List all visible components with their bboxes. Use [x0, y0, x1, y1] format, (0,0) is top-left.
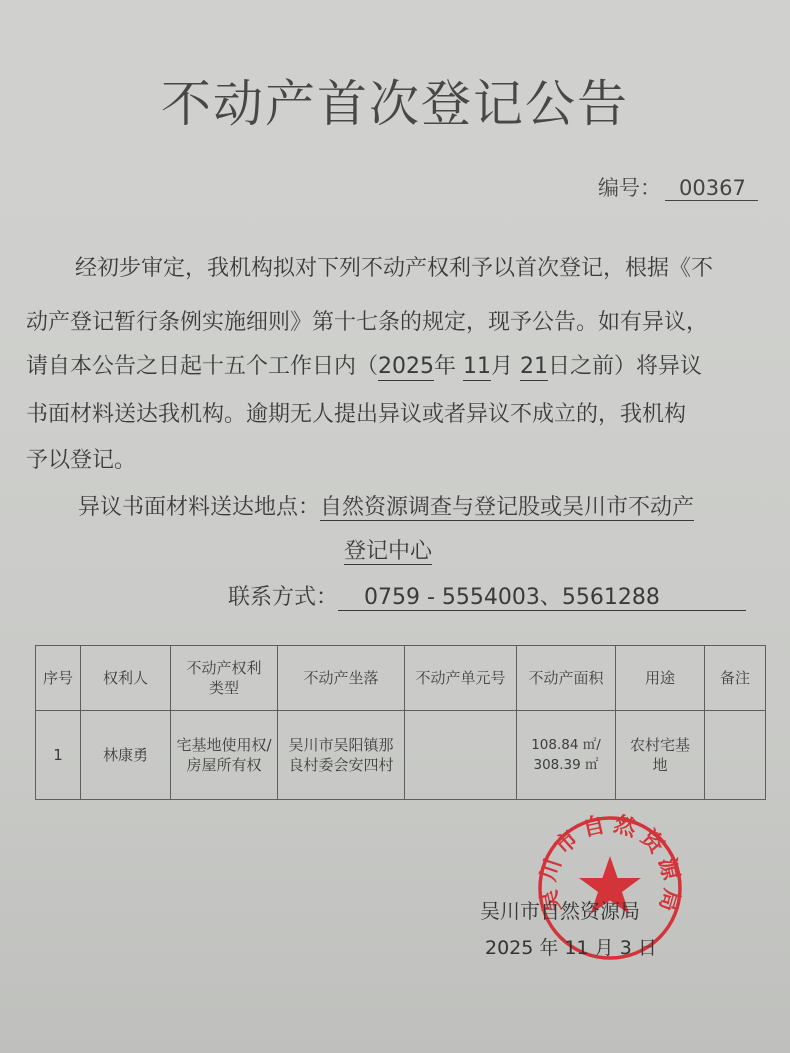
cell-right-type: 宅基地使用权/房屋所有权 — [171, 711, 278, 800]
header-usage: 用途 — [616, 646, 705, 711]
header-location: 不动产坐落 — [278, 646, 405, 711]
body-line-2: 动产登记暂行条例实施细则》第十七条的规定，现予公告。如有异议， — [26, 310, 708, 335]
cell-location: 吴川市吴阳镇那良村委会安四村 — [278, 711, 405, 800]
deadline-prefix: 请自本公告之日起十五个工作日内（ — [26, 354, 378, 379]
delivery-address-line-1: 自然资源调查与登记股或吴川市不动产 — [320, 495, 694, 521]
delivery-address-cont: 登记中心 — [344, 539, 432, 564]
header-unit-number: 不动产单元号 — [405, 646, 517, 711]
header-index: 序号 — [36, 646, 81, 711]
serial-number: 00367 — [665, 176, 758, 201]
cell-index: 1 — [36, 711, 81, 800]
header-remarks: 备注 — [705, 646, 766, 711]
serial-number-field: 编号：00367 — [598, 172, 758, 202]
deadline-suffix: 日之前）将异议 — [548, 354, 702, 379]
delivery-address-line-2: 登记中心 — [344, 539, 432, 565]
cell-usage: 农村宅基地 — [616, 711, 705, 800]
cell-owner: 林康勇 — [81, 711, 171, 800]
header-right-type: 不动产权利类型 — [171, 646, 278, 711]
body-line-4: 书面材料送达我机构。逾期无人提出异议或者异议不成立的，我机构 — [26, 402, 686, 427]
issuer-name: 吴川市自然资源局 — [480, 895, 640, 924]
page-title: 不动产首次登记公告 — [0, 64, 790, 136]
contact-label: 联系方式： — [228, 585, 338, 610]
serial-label: 编号： — [598, 176, 661, 200]
table-header-row: 序号 权利人 不动产权利类型 不动产坐落 不动产单元号 不动产面积 用途 备注 — [36, 646, 766, 711]
body-line-5: 予以登记。 — [26, 448, 136, 473]
deadline-day: 21 — [520, 354, 548, 381]
contact-value: 0759 - 5554003、5561288 — [338, 585, 746, 611]
delivery-address: 异议书面材料送达地点：自然资源调查与登记股或吴川市不动产 — [78, 495, 694, 520]
cell-area: 108.84 ㎡/ 308.39 ㎡ — [517, 711, 616, 800]
cell-remarks — [705, 711, 766, 800]
area-land: 108.84 ㎡/ — [520, 735, 612, 755]
issue-date: 2025 年 11 月 3 日 — [485, 933, 657, 960]
year-char: 年 — [434, 354, 456, 379]
table-row: 1 林康勇 宅基地使用权/房屋所有权 吴川市吴阳镇那良村委会安四村 108.84… — [36, 711, 766, 800]
contact-info: 联系方式：0759 - 5554003、5561288 — [228, 585, 746, 611]
registration-table: 序号 权利人 不动产权利类型 不动产坐落 不动产单元号 不动产面积 用途 备注 … — [35, 645, 766, 800]
body-line-3: 请自本公告之日起十五个工作日内（2025年 11月 21日之前）将异议 — [26, 354, 702, 379]
deadline-month: 11 — [463, 354, 491, 381]
month-char: 月 — [491, 354, 513, 379]
area-building: 308.39 ㎡ — [520, 755, 612, 775]
cell-unit-number — [405, 711, 517, 800]
deadline-year: 2025 — [378, 354, 434, 381]
delivery-label: 异议书面材料送达地点： — [78, 495, 320, 520]
body-line-1: 经初步审定，我机构拟对下列不动产权利予以首次登记，根据《不 — [75, 256, 713, 281]
header-owner: 权利人 — [81, 646, 171, 711]
header-area: 不动产面积 — [517, 646, 616, 711]
